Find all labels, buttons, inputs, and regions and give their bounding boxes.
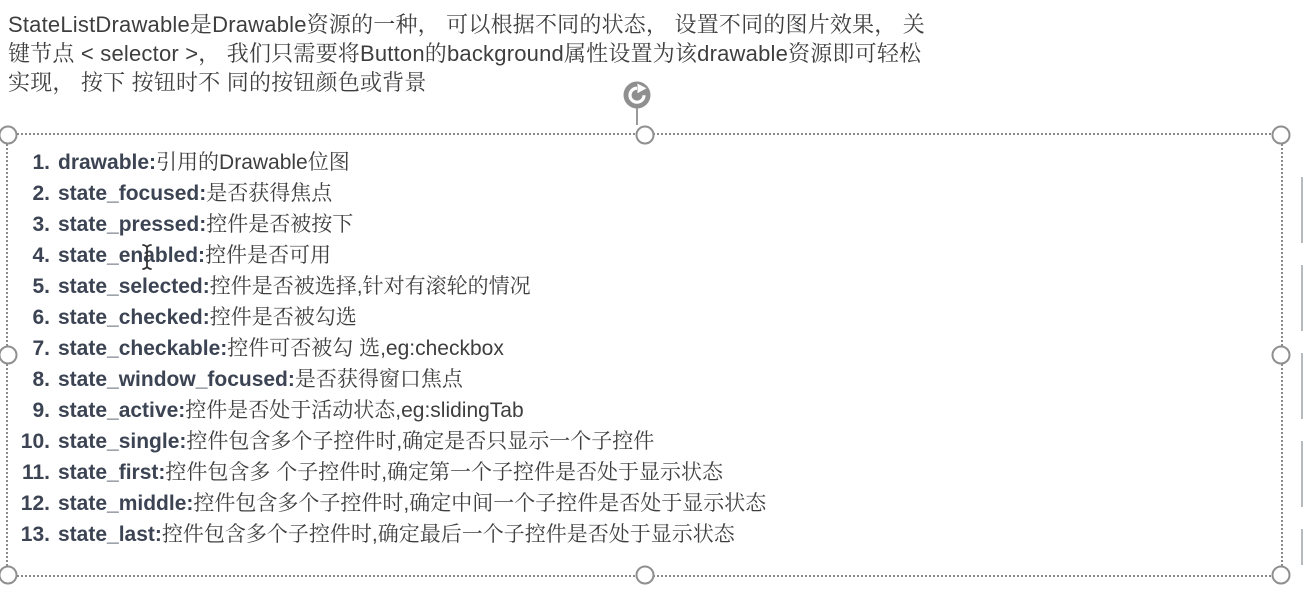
- item-text: state_middle:控件包含多个子控件时,确定中间一个子控件是否处于显示状…: [58, 488, 766, 519]
- list-item: 2.state_focused:是否获得焦点: [12, 178, 1252, 209]
- list-item: 9.state_active:控件是否处于活动状态,eg:slidingTab: [12, 395, 1252, 426]
- rotate-connector-line: [636, 108, 638, 125]
- item-text: state_focused:是否获得焦点: [58, 178, 332, 209]
- item-description: 控件包含多个子控件时,确定最后一个子控件是否处于显示状态: [162, 523, 735, 546]
- textbox-selection-border[interactable]: 1.drawable:引用的Drawable位图2.state_focused:…: [6, 133, 1283, 577]
- item-number: 8.: [12, 364, 50, 395]
- paragraph-line: 实现， 按下 按钮时不 同的按钮颜色或背景: [8, 68, 1108, 97]
- i-beam-cursor-icon: [140, 243, 154, 276]
- item-text: state_checkable:控件可否被勾 选,eg:checkbox: [58, 333, 504, 364]
- item-description: 控件是否被按下: [206, 213, 353, 236]
- item-key: state_selected:: [58, 275, 210, 298]
- item-number: 6.: [12, 302, 50, 333]
- resize-handle-middle-right[interactable]: [1272, 346, 1291, 365]
- item-key: state_active:: [58, 399, 185, 422]
- list-item: 6.state_checked:控件是否被勾选: [12, 302, 1252, 333]
- item-text: state_single:控件包含多个子控件时,确定是否只显示一个子控件: [58, 426, 654, 457]
- item-number: 13.: [12, 519, 50, 550]
- item-text: drawable:引用的Drawable位图: [58, 147, 350, 178]
- item-key: state_window_focused:: [58, 368, 295, 391]
- item-description: 控件包含多 个子控件时,确定第一个子控件是否处于显示状态: [165, 461, 723, 484]
- paragraph-line: 键节点 < selector >， 我们只需要将Button的backgroun…: [8, 39, 1108, 68]
- slide-canvas: { "paragraph": { "lines": [ "StateListDr…: [0, 0, 1308, 600]
- state-list[interactable]: 1.drawable:引用的Drawable位图2.state_focused:…: [12, 147, 1252, 550]
- rotate-icon: [622, 80, 652, 110]
- item-number: 7.: [12, 333, 50, 364]
- paragraph-line: StateListDrawable是Drawable资源的一种， 可以根据不同的…: [8, 10, 1108, 39]
- item-number: 3.: [12, 209, 50, 240]
- item-text: state_selected:控件是否被选择,针对有滚轮的情况: [58, 271, 531, 302]
- adjacent-object-border: [1301, 177, 1303, 565]
- item-text: state_pressed:控件是否被按下: [58, 209, 353, 240]
- item-key: state_checked:: [58, 306, 210, 329]
- item-key: drawable:: [58, 151, 156, 174]
- resize-handle-bottom-center[interactable]: [635, 566, 654, 585]
- resize-handle-bottom-left[interactable]: [0, 566, 18, 585]
- item-description: 控件是否被勾选: [210, 306, 357, 329]
- item-description: 控件包含多个子控件时,确定中间一个子控件是否处于显示状态: [193, 492, 766, 515]
- list-item: 8.state_window_focused:是否获得窗口焦点: [12, 364, 1252, 395]
- item-number: 1.: [12, 147, 50, 178]
- resize-handle-top-left[interactable]: [0, 126, 18, 145]
- item-number: 4.: [12, 240, 50, 271]
- list-item: 13.state_last:控件包含多个子控件时,确定最后一个子控件是否处于显示…: [12, 519, 1252, 550]
- item-description: 是否获得焦点: [206, 182, 332, 205]
- item-key: state_single:: [58, 430, 186, 453]
- item-description: 控件包含多个子控件时,确定是否只显示一个子控件: [186, 430, 654, 453]
- item-text: state_last:控件包含多个子控件时,确定最后一个子控件是否处于显示状态: [58, 519, 735, 550]
- item-number: 10.: [12, 426, 50, 457]
- item-number: 9.: [12, 395, 50, 426]
- item-key: state_middle:: [58, 492, 193, 515]
- item-text: state_active:控件是否处于活动状态,eg:slidingTab: [58, 395, 524, 426]
- slide-paragraph: StateListDrawable是Drawable资源的一种， 可以根据不同的…: [8, 10, 1108, 97]
- item-key: state_first:: [58, 461, 165, 484]
- item-key: state_last:: [58, 523, 162, 546]
- item-key: state_focused:: [58, 182, 206, 205]
- list-item: 10.state_single:控件包含多个子控件时,确定是否只显示一个子控件: [12, 426, 1252, 457]
- list-item: 1.drawable:引用的Drawable位图: [12, 147, 1252, 178]
- list-item: 11.state_first:控件包含多 个子控件时,确定第一个子控件是否处于显…: [12, 457, 1252, 488]
- item-key: state_enabled:: [58, 244, 205, 267]
- item-description: 引用的Drawable位图: [156, 151, 350, 174]
- resize-handle-top-right[interactable]: [1272, 126, 1291, 145]
- resize-handle-bottom-right[interactable]: [1272, 566, 1291, 585]
- item-description: 控件是否可用: [205, 244, 331, 267]
- item-text: state_window_focused:是否获得窗口焦点: [58, 364, 463, 395]
- item-description: 控件是否被选择,针对有滚轮的情况: [210, 275, 531, 298]
- item-text: state_first:控件包含多 个子控件时,确定第一个子控件是否处于显示状态: [58, 457, 723, 488]
- item-description: 控件可否被勾 选,eg:checkbox: [227, 337, 504, 360]
- list-item: 7.state_checkable:控件可否被勾 选,eg:checkbox: [12, 333, 1252, 364]
- list-item: 5.state_selected:控件是否被选择,针对有滚轮的情况: [12, 271, 1252, 302]
- list-item: 3.state_pressed:控件是否被按下: [12, 209, 1252, 240]
- item-key: state_checkable:: [58, 337, 227, 360]
- item-number: 2.: [12, 178, 50, 209]
- list-item: 4.state_enabled:控件是否可用: [12, 240, 1252, 271]
- item-description: 是否获得窗口焦点: [295, 368, 463, 391]
- rotate-handle[interactable]: [622, 80, 652, 110]
- item-text: state_checked:控件是否被勾选: [58, 302, 357, 333]
- item-text: state_enabled:控件是否可用: [58, 240, 331, 271]
- resize-handle-top-center[interactable]: [635, 126, 654, 145]
- item-number: 5.: [12, 271, 50, 302]
- item-key: state_pressed:: [58, 213, 206, 236]
- list-item: 12.state_middle:控件包含多个子控件时,确定中间一个子控件是否处于…: [12, 488, 1252, 519]
- item-number: 11.: [12, 457, 50, 488]
- item-description: 控件是否处于活动状态,eg:slidingTab: [185, 399, 523, 422]
- item-number: 12.: [12, 488, 50, 519]
